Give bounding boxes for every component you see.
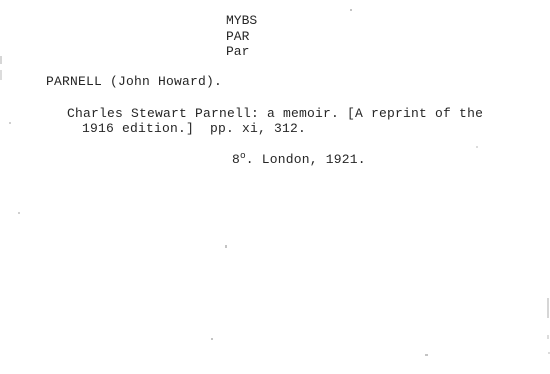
scan-edge-mark: [547, 335, 549, 339]
title-line-1: Charles Stewart Parnell: a memoir. [A re…: [67, 106, 483, 121]
scan-edge-mark: [0, 56, 2, 64]
call-number-line-3: Par: [226, 44, 257, 60]
scan-speck: [9, 122, 11, 124]
scan-edge-mark: [547, 298, 549, 318]
imprint-rest: . London, 1921.: [246, 152, 366, 167]
scan-speck: [350, 9, 352, 11]
scan-speck: [211, 338, 213, 340]
call-number-line-2: PAR: [226, 29, 257, 45]
scan-speck: [225, 245, 227, 248]
scan-edge-mark: [0, 70, 2, 80]
scan-speck: [425, 354, 428, 356]
imprint-line: 8o. London, 1921.: [232, 150, 366, 167]
catalog-card: MYBS PAR Par PARNELL (John Howard). Char…: [0, 0, 550, 374]
scan-speck: [476, 146, 478, 148]
call-number-line-1: MYBS: [226, 13, 257, 29]
format-number: 8: [232, 152, 240, 167]
scan-speck: [18, 212, 20, 214]
title-line-2: 1916 edition.] pp. xi, 312.: [82, 121, 306, 136]
author-heading: PARNELL (John Howard).: [46, 74, 222, 89]
call-number-block: MYBS PAR Par: [226, 13, 257, 60]
